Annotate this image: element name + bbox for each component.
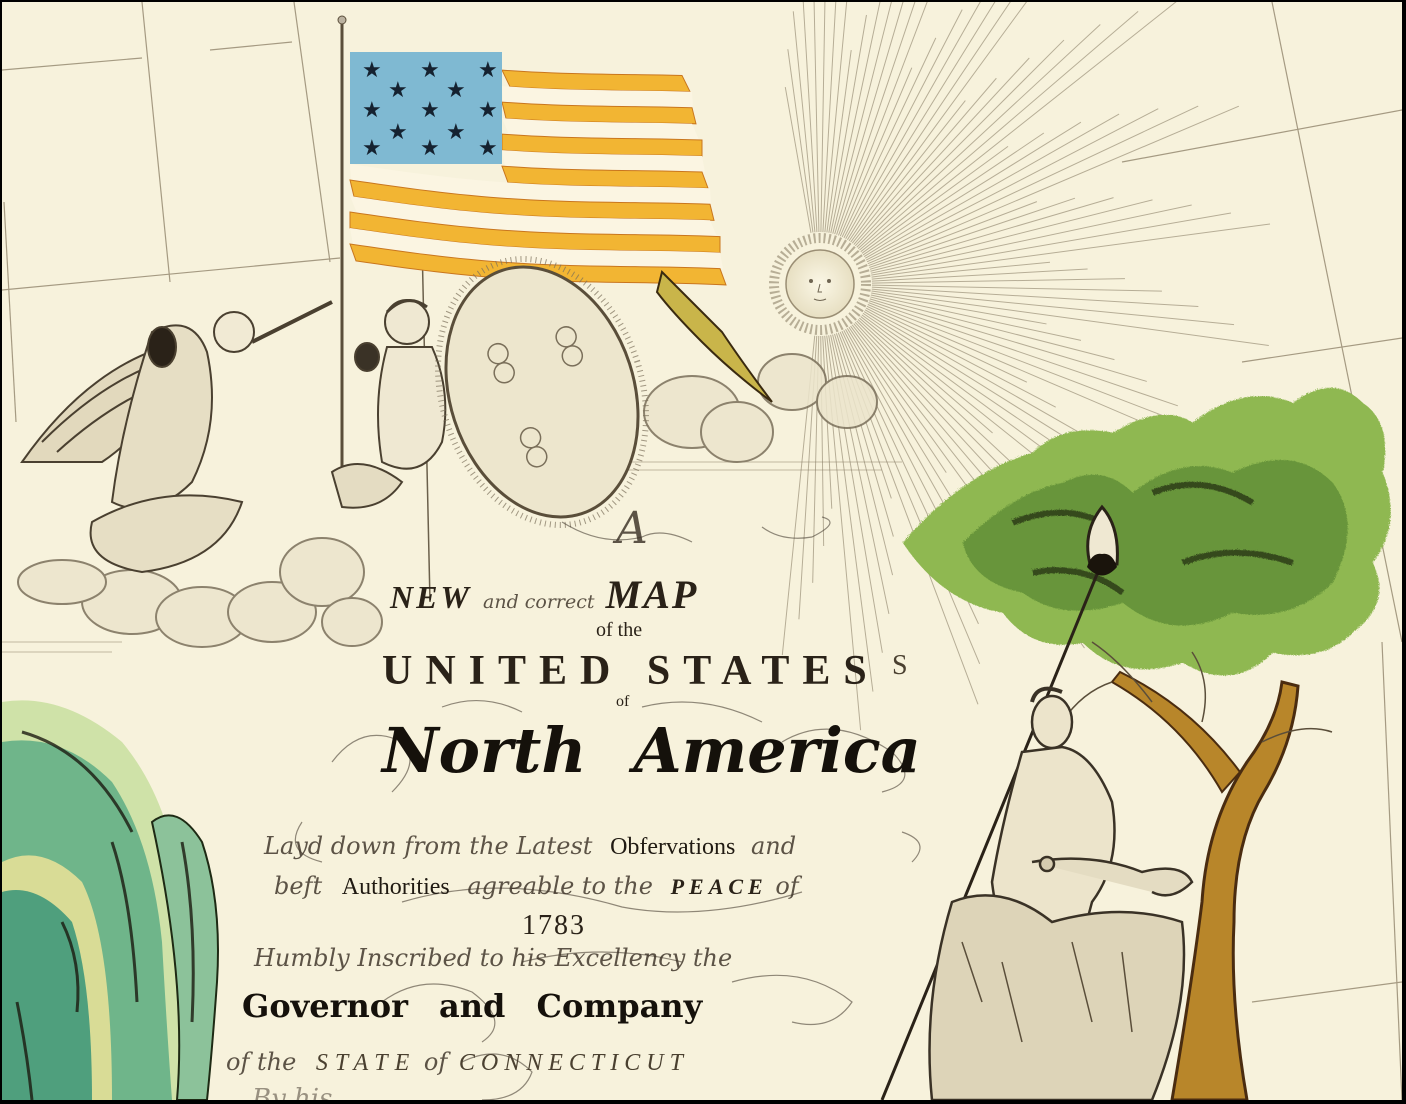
edge-letter-s: S xyxy=(892,652,908,680)
svg-text:★: ★ xyxy=(420,58,440,83)
subtitle-of: of xyxy=(775,872,798,900)
svg-text:★: ★ xyxy=(362,98,382,123)
subtitle-authorities: Authorities xyxy=(342,874,450,900)
dedication-and: and xyxy=(439,987,505,1025)
subtitle-best: beft xyxy=(274,872,322,900)
svg-text:★: ★ xyxy=(478,98,498,123)
svg-text:★: ★ xyxy=(362,58,382,83)
svg-text:★: ★ xyxy=(420,136,440,161)
seated-liberty-figure xyxy=(930,689,1193,1100)
dedication-of: of xyxy=(424,1048,447,1076)
title-word-north: North xyxy=(382,714,586,787)
dedication-state-of-connecticut: of the STATE of CONNECTICUT xyxy=(226,1050,689,1075)
dedication-company: Company xyxy=(537,987,703,1025)
dedication-governor-and-company: Governor and Company xyxy=(242,990,702,1022)
title-word-new: NEW xyxy=(390,579,472,615)
tree-foliage xyxy=(902,387,1390,675)
dedication-state: STATE xyxy=(316,1050,416,1076)
title-word-america: America xyxy=(634,714,921,787)
winged-fame-figure xyxy=(22,302,332,572)
sun-with-face-icon xyxy=(774,238,866,330)
svg-text:★: ★ xyxy=(446,78,466,103)
cherub-figure xyxy=(332,300,445,508)
subtitle-and: and xyxy=(751,832,796,860)
partial-bottom-line: By his ... xyxy=(252,1086,366,1100)
svg-text:★: ★ xyxy=(446,120,466,145)
svg-text:★: ★ xyxy=(420,98,440,123)
subtitle-script-text: Layd down from the Latest xyxy=(264,832,592,860)
dedication-of-the: of the xyxy=(226,1048,296,1076)
svg-text:★: ★ xyxy=(388,120,408,145)
subtitle-agreable: agreable to the xyxy=(467,872,653,900)
svg-text:★: ★ xyxy=(478,58,498,83)
title-article: A xyxy=(616,507,648,551)
title-word-map: MAP xyxy=(606,572,699,617)
subtitle-line-observations: Layd down from the Latest Obfervations a… xyxy=(264,834,796,859)
title-north-america: North America xyxy=(382,720,921,782)
svg-text:★: ★ xyxy=(388,78,408,103)
svg-text:★: ★ xyxy=(362,136,382,161)
dedication-line: Humbly Inscribed to his Excellency the xyxy=(254,946,732,970)
acanthus-leaf-ornament xyxy=(2,700,218,1100)
map-illustration: ★★★★★★★★★★★★★ xyxy=(2,2,1402,1100)
title-of: of xyxy=(616,694,629,710)
subtitle-peace: PEACE xyxy=(671,874,768,899)
map-cartouche: ★★★★★★★★★★★★★ xyxy=(2,2,1402,1100)
subtitle-roman-observations: Obfervations xyxy=(610,834,735,860)
title-of-the: of the xyxy=(596,620,642,640)
title-line-new-and-correct-map: NEW and correct MAP xyxy=(390,575,698,615)
svg-text:★: ★ xyxy=(478,136,498,161)
title-united-states: UNITED STATES xyxy=(382,650,880,692)
treaty-year: 1783 xyxy=(522,912,586,940)
dedication-governor: Governor xyxy=(242,987,408,1025)
subtitle-line-peace: beft Authorities agreable to the PEACE o… xyxy=(274,874,799,899)
title-words-and-correct: and correct xyxy=(483,591,595,613)
dedication-connecticut: CONNECTICUT xyxy=(459,1050,689,1076)
